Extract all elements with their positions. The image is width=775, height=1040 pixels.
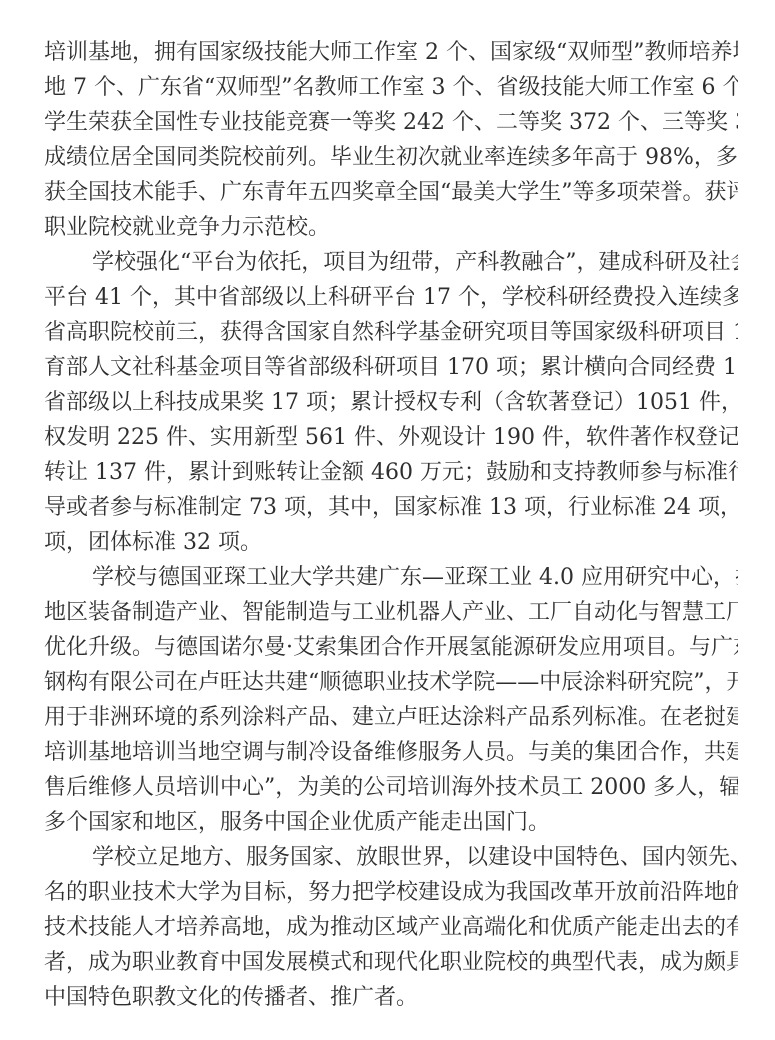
text-line: 获全国技术能手、广东青年五四奖章全国“最美大学生”等多项荣誉。获评全国	[44, 175, 738, 210]
text-line: 导或者参与标准制定 73 项，其中，国家标准 13 项，行业标准 24 项，地方…	[44, 490, 738, 525]
text-line: 项，团体标准 32 项。	[44, 525, 738, 560]
text-line: 技术技能人才培养高地，成为推动区域产业高端化和优质产能走出去的有力支撑	[44, 910, 738, 945]
text-line: 优化升级。与德国诺尔曼·艾索集团合作开展氢能源研发应用项目。与广东中辰	[44, 630, 738, 665]
text-line: 培训基地培训当地空调与制冷设备维修服务人员。与美的集团合作，共建“美的	[44, 735, 738, 770]
text-line: 培训基地，拥有国家级技能大师工作室 2 个、国家级“双师型”教师培养培训基	[44, 35, 738, 70]
text-line: 者，成为职业教育中国发展模式和现代化职业院校的典型代表，成为颇具影响的	[44, 945, 738, 980]
text-line: 学校立足地方、服务国家、放眼世界，以建设中国特色、国内领先、国际知	[44, 840, 738, 875]
text-line: 地区装备制造产业、智能制造与工业机器人产业、工厂自动化与智慧工厂等产业	[44, 595, 738, 630]
text-line: 成绩位居全国同类院校前列。毕业生初次就业率连续多年高于 98%，多名毕业生	[44, 140, 738, 175]
text-line: 转让 137 件，累计到账转让金额 460 万元；鼓励和支持教师参与标准行家，共…	[44, 455, 738, 490]
text-line: 平台 41 个，其中省部级以上科研平台 17 个，学校科研经费投入连续多年位居全	[44, 280, 738, 315]
text-line: 用于非洲环境的系列涂料产品、建立卢旺达涂料产品系列标准。在老挝建立职教	[44, 700, 738, 735]
paragraph-vision: 学校立足地方、服务国家、放眼世界，以建设中国特色、国内领先、国际知 名的职业技术…	[44, 840, 738, 1015]
text-line: 省高职院校前三，获得含国家自然科学基金研究项目等国家级科研项目 15 项，教	[44, 315, 738, 350]
text-line: 钢构有限公司在卢旺达共建“顺德职业技术学院——中辰涂料研究院”，开发适	[44, 665, 738, 700]
text-line: 多个国家和地区，服务中国企业优质产能走出国门。	[44, 805, 738, 840]
text-line: 地 7 个、广东省“双师型”名教师工作室 3 个、省级技能大师工作室 6 个。我…	[44, 70, 738, 105]
paragraph-achievements: 培训基地，拥有国家级技能大师工作室 2 个、国家级“双师型”教师培养培训基 地 …	[44, 35, 738, 245]
text-line: 育部人文社科基金项目等省部级科研项目 170 项；累计横向合同经费 13732 …	[44, 350, 738, 385]
document-page: 培训基地，拥有国家级技能大师工作室 2 个、国家级“双师型”教师培养培训基 地 …	[44, 35, 738, 1015]
text-line: 学校强化“平台为依托，项目为纽带，产科教融合”，建成科研及社会服务	[44, 245, 738, 280]
text-line: 权发明 225 件、实用新型 561 件、外观设计 190 件，软件著作权登记 …	[44, 420, 738, 455]
text-line: 省部级以上科技成果奖 17 项；累计授权专利（含软著登记）1051 件，其中：授	[44, 385, 738, 420]
text-line: 中国特色职教文化的传播者、推广者。	[44, 980, 738, 1015]
text-line: 学校与德国亚琛工业大学共建广东—亚琛工业 4.0 应用研究中心，推动佛山	[44, 560, 738, 595]
text-line: 学生荣获全国性专业技能竞赛一等奖 242 个、二等奖 372 个、三等奖 376…	[44, 105, 738, 140]
text-line: 售后维修人员培训中心”，为美的公司培训海外技术员工 2000 多人，辐射 100	[44, 770, 738, 805]
text-line: 职业院校就业竞争力示范校。	[44, 210, 738, 245]
paragraph-international: 学校与德国亚琛工业大学共建广东—亚琛工业 4.0 应用研究中心，推动佛山 地区装…	[44, 560, 738, 840]
text-line: 名的职业技术大学为目标，努力把学校建设成为我国改革开放前沿阵地的高素质	[44, 875, 738, 910]
paragraph-research: 学校强化“平台为依托，项目为纽带，产科教融合”，建成科研及社会服务 平台 41 …	[44, 245, 738, 560]
